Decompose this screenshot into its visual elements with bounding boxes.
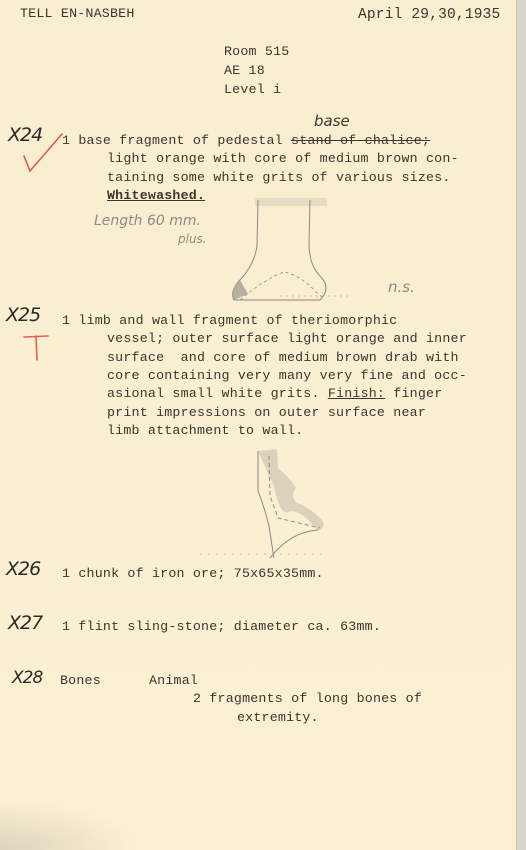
entry-x24-text: 1 base fragment of pedestal	[62, 133, 291, 148]
entry-x24-line-2: light orange with core of medium brown c…	[107, 149, 459, 168]
pencil-plus-note: plus.	[178, 232, 207, 246]
entry-x25-line-4: core containing very many very fine and …	[107, 366, 467, 385]
finish-label: Finish:	[328, 386, 385, 401]
locus-area: AE 18	[224, 61, 265, 80]
entry-number-x27: X27	[8, 612, 42, 634]
entry-x25-line-7: limb attachment to wall.	[107, 421, 303, 440]
entry-x28-line-2: extremity.	[237, 708, 319, 727]
pedestal-drawing-icon	[220, 196, 340, 310]
entry-x25-line-3: surface and core of medium brown drab wi…	[107, 348, 459, 367]
entry-x25-line-1: 1 limb and wall fragment of theriomorphi…	[62, 311, 397, 330]
correction-base: base	[314, 112, 350, 130]
entry-x25-line-6: print impressions on outer surface near	[107, 403, 426, 422]
entry-number-x26: X26	[6, 558, 40, 580]
red-t-mark-icon	[22, 334, 52, 364]
theriomorphic-drawing-icon	[250, 446, 360, 566]
struck-text: stand of chalice;	[291, 133, 430, 148]
entry-number-x28: X28	[12, 668, 42, 688]
entry-x25-text-after: finger	[385, 386, 442, 401]
entry-x27-line-1: 1 flint sling-stone; diameter ca. 63mm.	[62, 617, 381, 636]
card-corner-shadow	[0, 800, 140, 850]
pencil-ns-note: n.s.	[388, 278, 415, 296]
site-name: TELL EN-NASBEH	[20, 4, 135, 23]
entry-x28-category: Bones	[60, 671, 101, 690]
entry-number-x25: X25	[6, 304, 40, 326]
entry-x24-line-3: taining some white grits of various size…	[107, 168, 451, 187]
card-edge	[516, 0, 526, 850]
record-date: April 29,30,1935	[358, 6, 500, 25]
locus-room: Room 515	[224, 42, 289, 61]
entry-x25-text: asional small white grits.	[107, 386, 328, 401]
entry-x24-line-4: Whitewashed.	[107, 186, 205, 205]
pencil-length-note: Length 60 mm.	[94, 213, 201, 229]
entry-x25-line-5: asional small white grits. Finish: finge…	[107, 384, 442, 403]
entry-x28-line-1: 2 fragments of long bones of	[193, 689, 422, 708]
locus-level: Level i	[224, 80, 281, 99]
entry-x26-line-1: 1 chunk of iron ore; 75x65x35mm.	[62, 564, 324, 583]
entry-x28-subcategory: Animal	[149, 671, 198, 690]
entry-x25-line-2: vessel; outer surface light orange and i…	[107, 329, 467, 348]
entry-x24-line-1: 1 base fragment of pedestal stand of cha…	[62, 131, 430, 150]
